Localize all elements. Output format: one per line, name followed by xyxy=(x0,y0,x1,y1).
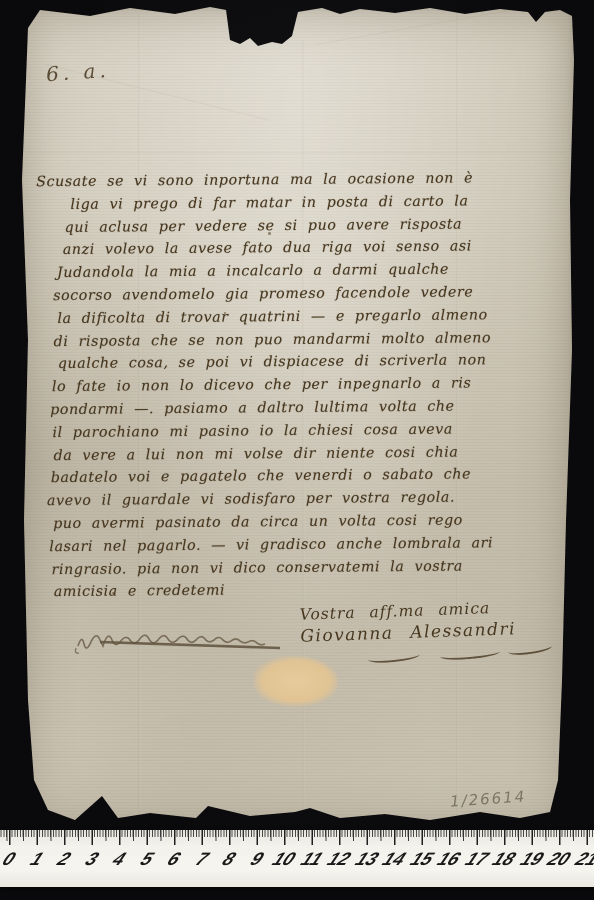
letter-line: lasari nel pagarlo. — vi gradisco anche … xyxy=(17,531,569,559)
ruler-number: 7 xyxy=(189,849,213,870)
catalog-number: 1/26614 xyxy=(449,787,526,810)
ink-speck xyxy=(112,592,115,594)
crossed-out-text xyxy=(74,626,289,656)
ink-speck xyxy=(268,232,271,235)
measuring-ruler: 0 1 2 3 4 5 6 7 8 9 10 11 12 13 14 15 16… xyxy=(0,830,594,887)
ruler-number: 1 xyxy=(24,849,48,870)
ruler-number: 0 xyxy=(0,849,21,870)
signature-flourish xyxy=(368,649,421,664)
ruler-number: 2 xyxy=(52,849,76,870)
ink-speck xyxy=(224,312,226,314)
horizontal-crease xyxy=(26,152,566,155)
horizontal-crease xyxy=(30,756,560,759)
signature-flourish xyxy=(508,641,553,657)
diagonal-crease xyxy=(316,9,513,46)
ruler-number: 5 xyxy=(134,849,158,870)
archival-heading-mark: 6. a. xyxy=(45,58,110,86)
ruler-number: 8 xyxy=(217,849,241,870)
photo-stage: 6. a. Scusate se vi sono inportuna ma la… xyxy=(0,0,594,900)
ruler-number: 4 xyxy=(107,849,131,870)
manuscript-letter-page: 6. a. Scusate se vi sono inportuna ma la… xyxy=(16,4,576,836)
ruler-number: 3 xyxy=(79,849,103,870)
signature-flourish xyxy=(440,646,501,661)
ruler-number: 9 xyxy=(244,849,268,870)
signature-block: Vostra aff.ma amica Giovanna Alessandri xyxy=(300,598,517,647)
signature-name: Giovanna Alessandri xyxy=(300,619,516,647)
ruler-centimeter-ticks xyxy=(0,830,594,845)
ruler-number: 6 xyxy=(162,849,186,870)
letter-body: Scusate se vi sono inportuna ma la ocasi… xyxy=(14,167,570,605)
paper-stain xyxy=(254,656,338,706)
